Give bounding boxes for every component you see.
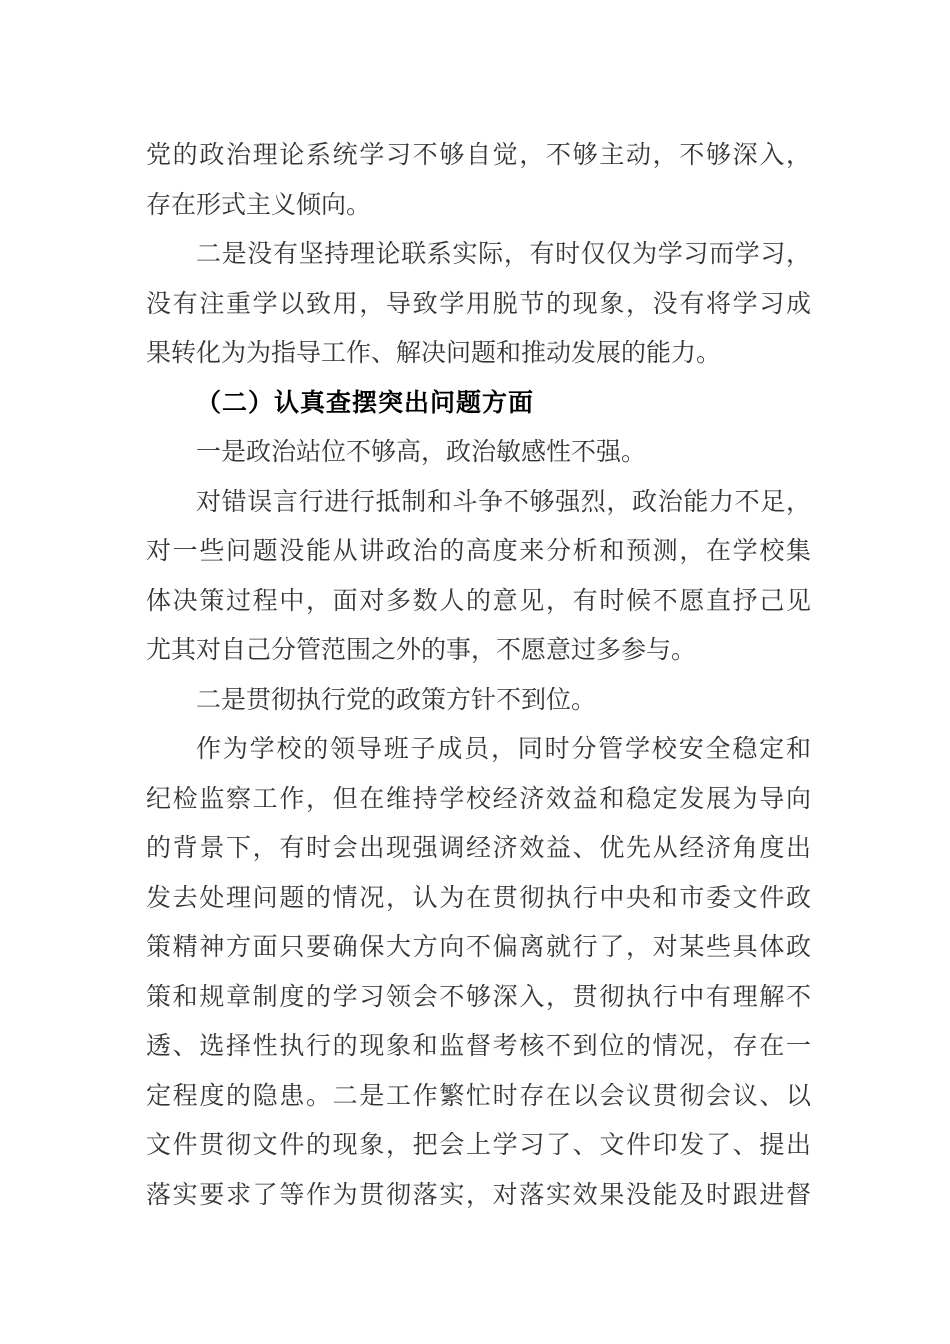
text-line: 党的政治理论系统学习不够自觉，不够主动，不够深入， [146, 131, 811, 181]
document-page: 党的政治理论系统学习不够自觉，不够主动，不够深入， 存在形式主义倾向。 二是没有… [0, 0, 950, 1344]
text-line: 二是没有坚持理论联系实际，有时仅仅为学习而学习， [146, 230, 811, 280]
section-heading: （二）认真查摆突出问题方面 [146, 379, 811, 429]
text-line: 的背景下，有时会出现强调经济效益、优先从经济角度出 [146, 824, 811, 874]
text-line: 存在形式主义倾向。 [146, 181, 811, 231]
text-line: 一是政治站位不够高，政治敏感性不强。 [146, 428, 811, 478]
text-line: 对一些问题没能从讲政治的高度来分析和预测，在学校集 [146, 527, 811, 577]
text-line: 落实要求了等作为贯彻落实，对落实效果没能及时跟进督 [146, 1171, 811, 1221]
text-line: 没有注重学以致用，导致学用脱节的现象，没有将学习成 [146, 280, 811, 330]
text-line: 纪检监察工作，但在维持学校经济效益和稳定发展为导向 [146, 775, 811, 825]
text-line: 果转化为为指导工作、解决问题和推动发展的能力。 [146, 329, 811, 379]
text-line: 策和规章制度的学习领会不够深入，贯彻执行中有理解不 [146, 973, 811, 1023]
text-line: 定程度的隐患。二是工作繁忙时存在以会议贯彻会议、以 [146, 1072, 811, 1122]
text-line: 透、选择性执行的现象和监督考核不到位的情况，存在一 [146, 1022, 811, 1072]
text-line: 发去处理问题的情况，认为在贯彻执行中央和市委文件政 [146, 874, 811, 924]
text-line: 尤其对自己分管范围之外的事，不愿意过多参与。 [146, 626, 811, 676]
text-line: 体决策过程中，面对多数人的意见，有时候不愿直抒己见 [146, 577, 811, 627]
text-line: 对错误言行进行抵制和斗争不够强烈，政治能力不足， [146, 478, 811, 528]
document-text-block: 党的政治理论系统学习不够自觉，不够主动，不够深入， 存在形式主义倾向。 二是没有… [146, 131, 811, 1220]
text-line: 二是贯彻执行党的政策方针不到位。 [146, 676, 811, 726]
text-line: 文件贯彻文件的现象，把会上学习了、文件印发了、提出 [146, 1121, 811, 1171]
text-line: 作为学校的领导班子成员，同时分管学校安全稳定和 [146, 725, 811, 775]
text-line: 策精神方面只要确保大方向不偏离就行了，对某些具体政 [146, 923, 811, 973]
